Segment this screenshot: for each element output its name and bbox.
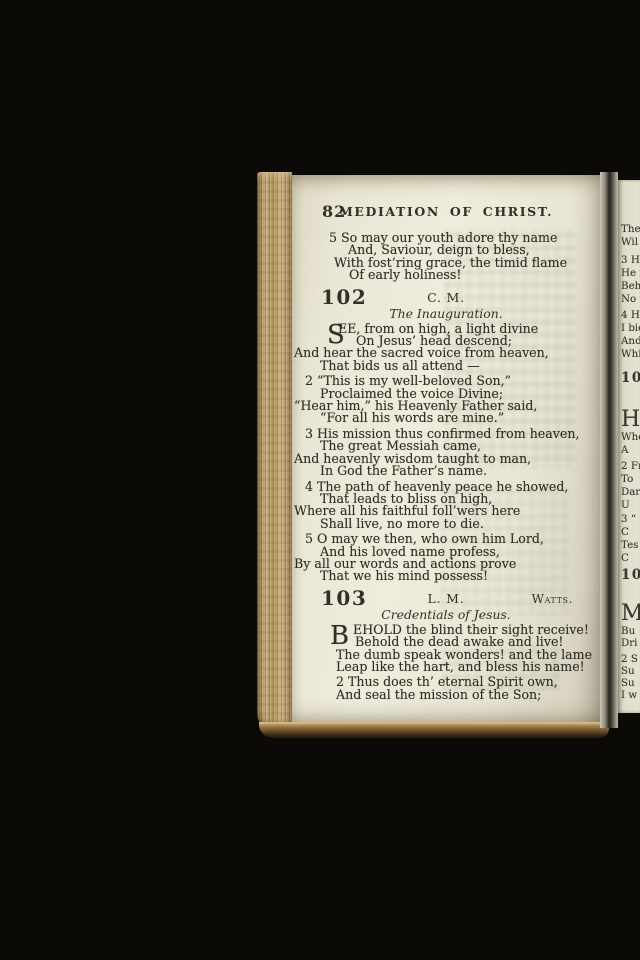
hymn-stanza: 5 O may we then, who own him Lord,And hi… [292,533,600,583]
facing-page-fragment: A [621,445,628,456]
hymn-stanza: 4 The path of heavenly peace he showed,T… [292,481,600,531]
hymnal-book: 82 MEDIATION OF CHRIST. 5 So may our you… [257,172,640,738]
facing-page-fragment: Whi [621,349,640,360]
drop-cap-letter: S [327,323,345,347]
facing-page-fragment: I bid [621,323,640,334]
facing-page-fragment: Bu [621,626,635,637]
stanza-line: That we his mind possess! [320,570,600,582]
facing-page-fragment: 104 [621,373,640,384]
facing-page-fragment: 105 [621,570,640,581]
facing-page-fragment: The [621,224,640,235]
facing-page-fragment: Dri [621,638,637,649]
facing-page-fragment: C [621,553,629,564]
book-bottom-edge [259,722,609,738]
facing-page-fragment: M [621,604,640,624]
stanza-line: And seal the mission of the Son; [336,689,600,701]
page-header: 82 MEDIATION OF CHRIST. [292,204,600,221]
hymn-heading: 103L. M.Watts. [292,588,600,607]
facing-page-fragment: He r [621,268,640,279]
hymn-number: 103 [321,586,367,610]
drop-cap-letter: B [330,624,349,648]
facing-page-fragment: Beho [621,281,640,292]
facing-page-fragment: 2 Fr [621,461,640,472]
photo-background: 82 MEDIATION OF CHRIST. 5 So may our you… [0,0,640,960]
hymn-stanza: BEHOLD the blind their sight receive!Beh… [292,624,600,674]
stanza-line: Of early holiness! [349,269,600,281]
facing-page-fragment: U [621,500,630,511]
facing-page-fragment: H [621,410,640,430]
hymnal-page: 82 MEDIATION OF CHRIST. 5 So may our you… [292,175,600,724]
facing-page-fragment: 2 S [621,654,638,665]
hymn-number: 102 [321,285,367,309]
facing-page-fragment: I w [621,690,637,701]
facing-page-fragment: No r [621,294,640,305]
hymn-stanza: 2 Thus does th’ eternal Spirit own,And s… [292,676,600,701]
stanza-line: Shall live, no more to die. [320,518,600,530]
facing-page-fragment: 3 “ [621,514,636,525]
stanza-line: Leap like the hart, and bless his name! [336,661,600,673]
facing-page-fragment: Tes [621,540,638,551]
hymn-heading: 102C. M. [292,287,600,306]
facing-page-fragment: Dar [621,487,640,498]
facing-page-strip: TheWil3 HeHe rBehoNo r4 HI bidAndWhi104H… [618,180,640,713]
facing-page-fragment: Wil [621,237,638,248]
stanza-line: “For all his words are mine.” [320,412,600,424]
hymn-author: Watts. [532,592,573,606]
stanza-line: That bids us all attend — [320,360,600,372]
facing-page-fragment: Su [621,678,635,689]
facing-page-fragment: To [621,474,633,485]
facing-page-fragment: And [621,336,640,347]
stanza-line: In God the Father’s name. [320,465,600,477]
hymn-stanza: 5 So may our youth adore thy nameAnd, Sa… [292,232,600,282]
hymn-stanza: SEE, from on high, a light divineOn Jesu… [292,323,600,373]
page-content: 82 MEDIATION OF CHRIST. 5 So may our you… [292,204,600,704]
facing-page-fragment: 4 H [621,310,640,321]
page-number: 82 [322,202,346,221]
facing-page-fragment: 3 He [621,255,640,266]
facing-page-fragment: Su [621,666,635,677]
facing-page-fragment: C [621,527,629,538]
facing-page-fragment: Whe [621,432,640,443]
hymn-stanza: 2 “This is my well-beloved Son,”Proclaim… [292,375,600,425]
hymn-stanza: 3 His mission thus confirmed from heaven… [292,428,600,478]
book-page-edges [257,172,292,728]
page-gutter-shadow [600,172,618,728]
